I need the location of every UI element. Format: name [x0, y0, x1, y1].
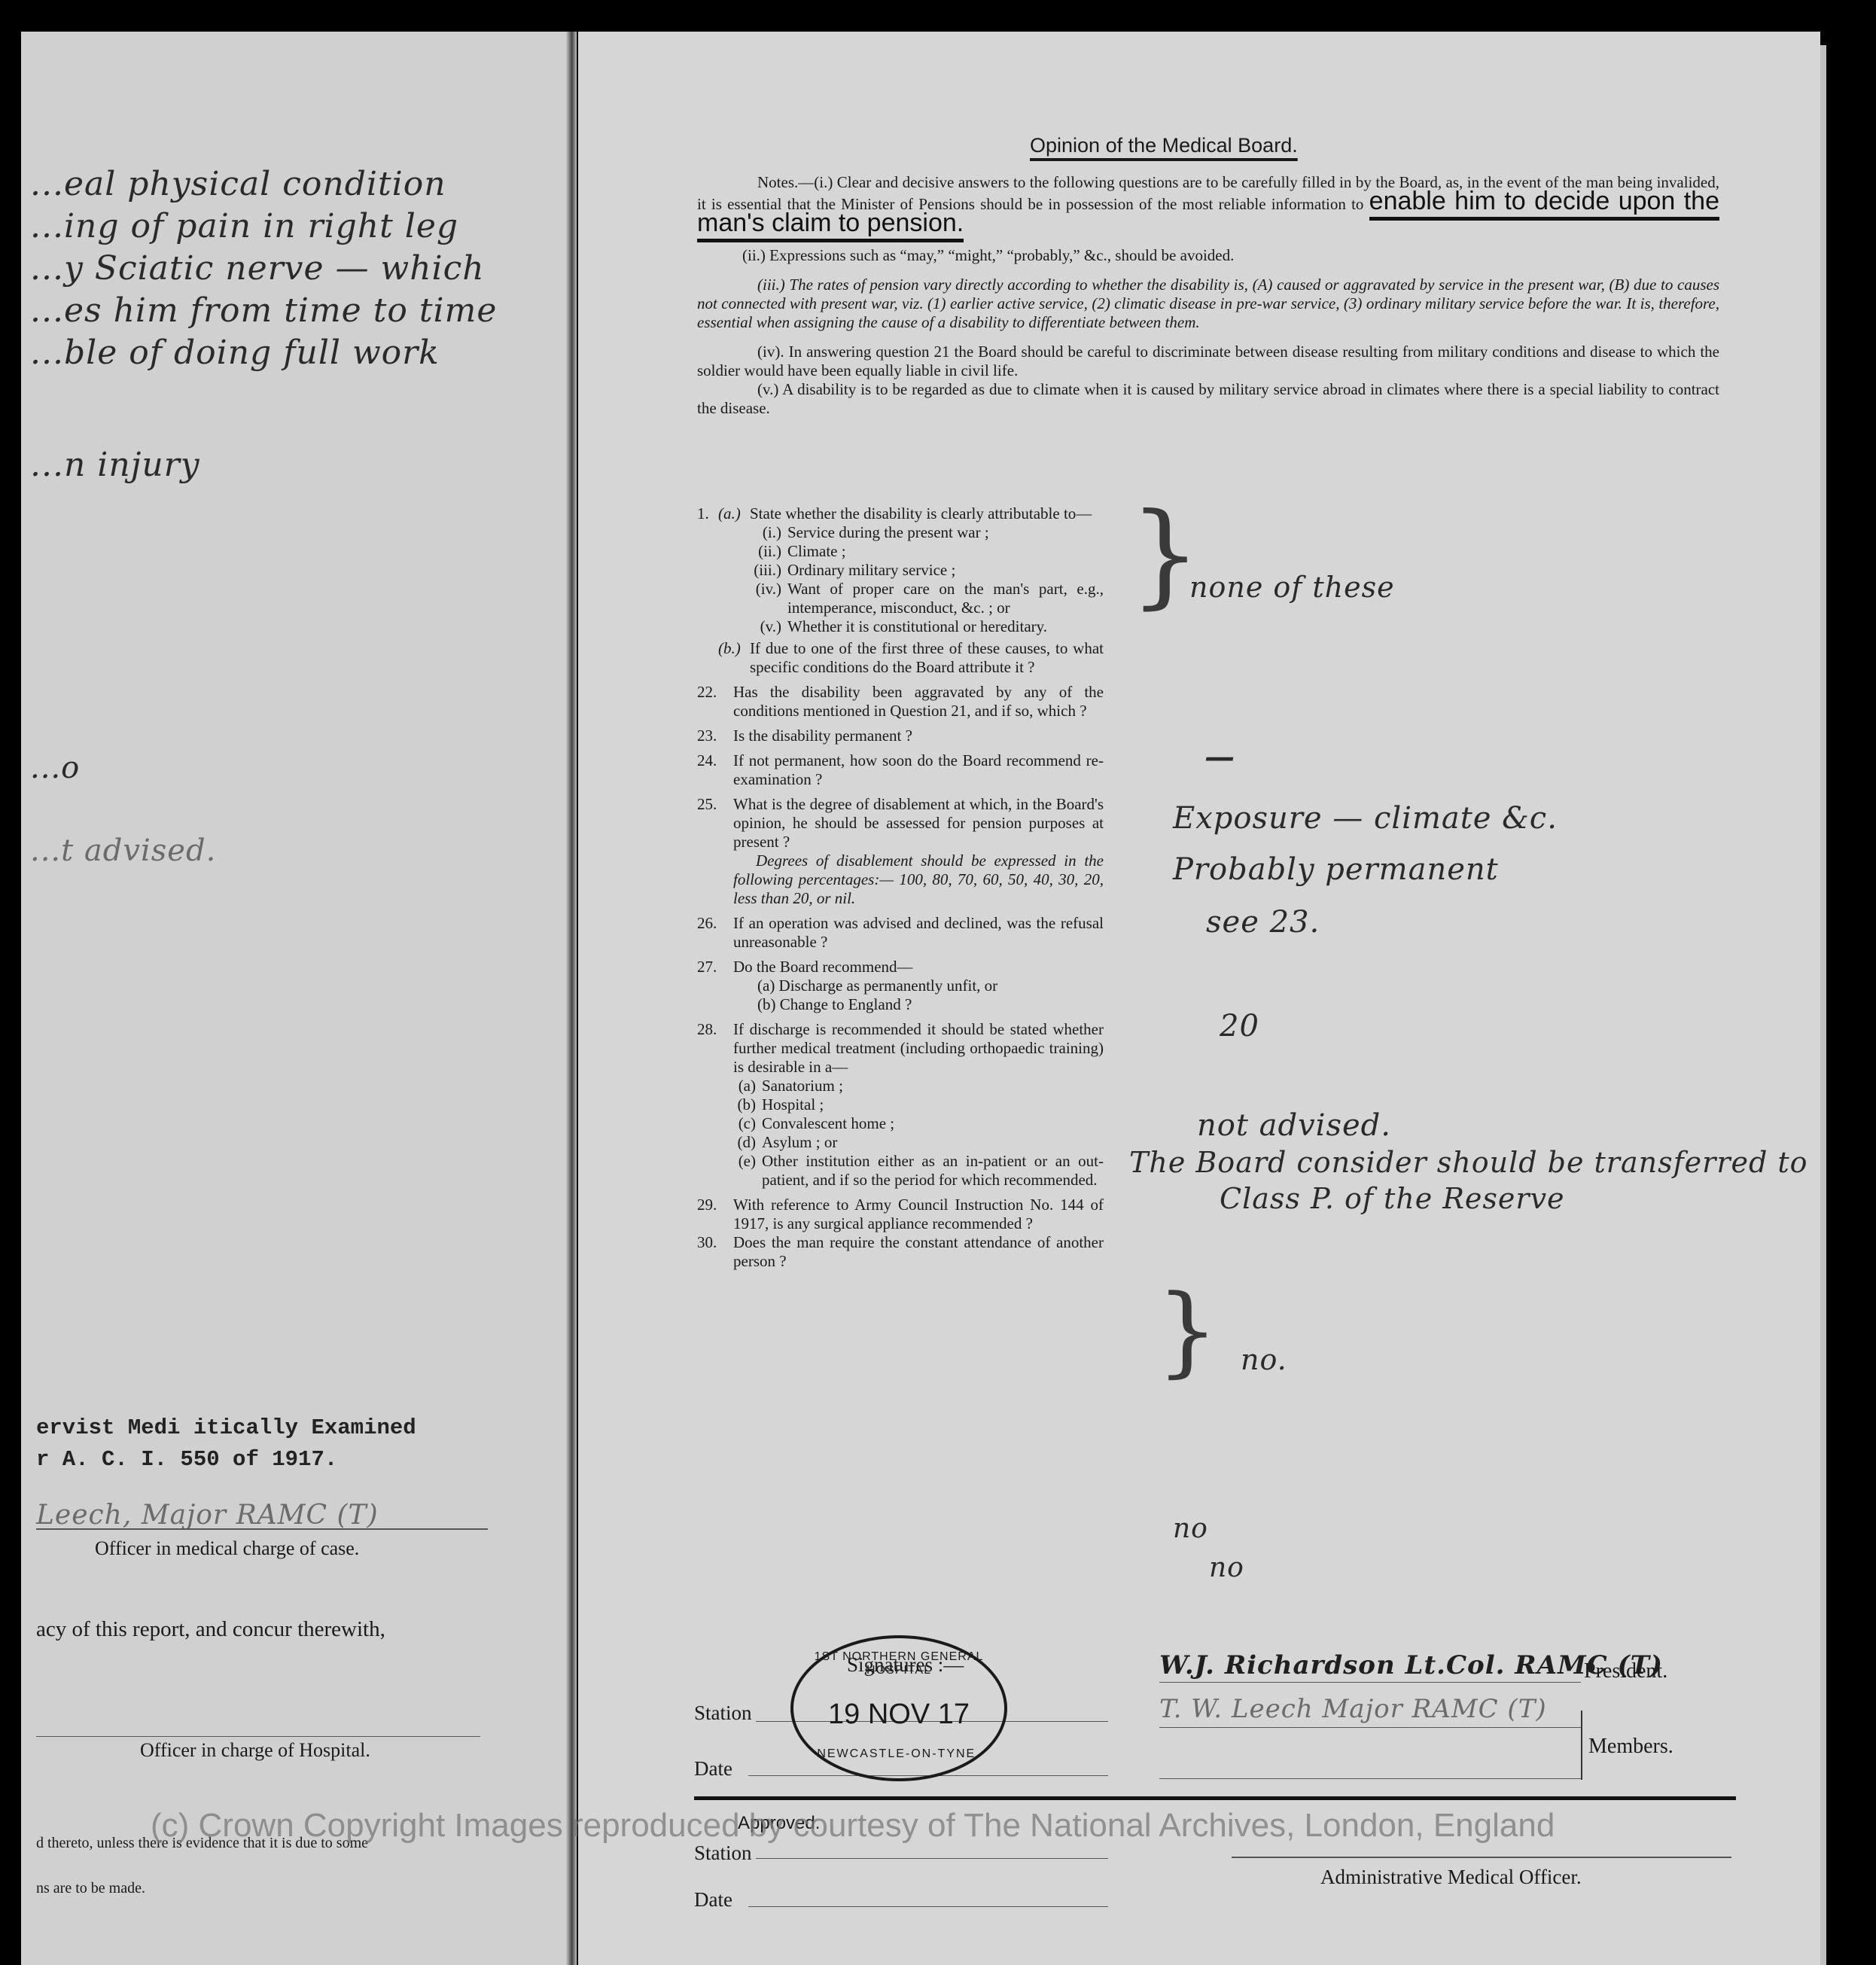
answer-27-line-2: Class P. of the Reserve: [1220, 1182, 1565, 1215]
handwritten-line: ...ing of pain in right leg: [30, 206, 497, 248]
question-25: 25. What is the degree of disablement at…: [697, 795, 1104, 908]
officer-hospital-label: Officer in charge of Hospital.: [140, 1739, 370, 1762]
book-gutter: [566, 32, 577, 1965]
note-iii: (iii.) The rates of pension vary directl…: [697, 276, 1719, 332]
notes-section: Notes.—(i.) Clear and decisive answers t…: [697, 173, 1719, 418]
approval-station-field[interactable]: [756, 1858, 1108, 1859]
member-signature-line: [1159, 1778, 1581, 1779]
station-label: Station: [694, 1701, 752, 1725]
handwritten-fragment: ...t advised.: [30, 833, 216, 868]
question-27: 27.Do the Board recommend— (a) Discharge…: [697, 958, 1104, 1014]
questions-column: 1. (a.) State whether the disability is …: [697, 504, 1104, 1271]
stamp-bottom-text: NEWCASTLE-ON-TYNE.: [793, 1747, 1004, 1761]
question-29: 29. With reference to Army Council Instr…: [697, 1196, 1104, 1233]
question-24: 24. If not permanent, how soon do the Bo…: [697, 751, 1104, 789]
page-title: Opinion of the Medical Board.: [1030, 134, 1298, 157]
handwritten-line: ...es him from time to time: [30, 290, 497, 332]
answer-21b: —: [1204, 739, 1235, 775]
date-label: Date: [694, 1757, 732, 1781]
note-i: Notes.—(i.) Clear and decisive answers t…: [697, 173, 1719, 236]
typed-aci-line: r A. C. I. 550 of 1917.: [36, 1447, 337, 1472]
handwritten-line: ...y Sciatic nerve — which: [30, 248, 497, 290]
brace-icon: }: [1156, 1281, 1219, 1379]
typed-examined-line: ervist Medi itically Examined: [36, 1415, 416, 1440]
note-ii: (ii.) Expressions such as “may,” “might,…: [697, 246, 1719, 265]
hospital-officer-line: [36, 1736, 480, 1737]
left-page: ...eal physical condition ...ing of pain…: [21, 32, 571, 1965]
question-26: 26. If an operation was advised and decl…: [697, 914, 1104, 952]
president-signature-line: [1159, 1682, 1581, 1683]
answer-22: Exposure — climate &c.: [1173, 801, 1558, 836]
approval-date-field[interactable]: [748, 1906, 1108, 1907]
section-divider: [694, 1796, 1736, 1800]
approval-date-label: Date: [694, 1888, 732, 1912]
handwritten-fragment: ...n injury: [30, 446, 200, 484]
disablement-percentages-note: Degrees of disablement should be express…: [733, 851, 1104, 908]
answer-30: no: [1209, 1552, 1244, 1583]
note-v: (v.) A disability is to be regarded as d…: [697, 380, 1719, 418]
question-22: 22. Has the disability been aggravated b…: [697, 683, 1104, 720]
question-23: 23. Is the disability permanent ?: [697, 727, 1104, 745]
administrative-officer-label: Administrative Medical Officer.: [1320, 1866, 1582, 1889]
left-handwritten-block: ...eal physical condition ...ing of pain…: [30, 163, 497, 374]
officer-signature: Leech, Major RAMC (T): [36, 1500, 379, 1531]
question-28: 28.If discharge is recommended it should…: [697, 1020, 1104, 1190]
signature-line: [36, 1528, 488, 1530]
answer-26: not advised.: [1197, 1108, 1391, 1143]
officer-case-label: Officer in medical charge of case.: [95, 1537, 359, 1560]
answer-24: see 23.: [1206, 905, 1320, 940]
president-label: President.: [1584, 1659, 1667, 1683]
copyright-watermark: (c) Crown Copyright Images reproduced by…: [151, 1807, 1555, 1845]
note-iv: (iv). In answering question 21 the Board…: [697, 343, 1719, 380]
handwritten-line: ...eal physical condition: [30, 163, 497, 206]
hospital-date-stamp: 1ST NORTHERN GENERAL HOSPITAL 19 NOV 17 …: [790, 1635, 1007, 1781]
member-signature-line: [1159, 1727, 1581, 1728]
handwritten-line: ...ble of doing full work: [30, 332, 497, 374]
member-signature: T. W. Leech Major RAMC (T): [1159, 1694, 1547, 1724]
question-21: 1. (a.) State whether the disability is …: [697, 504, 1104, 677]
administrative-signature-line: [1232, 1857, 1731, 1858]
page-edge: [1820, 45, 1826, 1965]
question-30: 30. Does the man require the constant at…: [697, 1233, 1104, 1271]
handwritten-fragment: ...o: [30, 751, 80, 785]
members-label: Members.: [1588, 1735, 1673, 1759]
members-brace: [1581, 1711, 1582, 1780]
answer-27-line-1: The Board consider should be transferred…: [1129, 1146, 1808, 1179]
right-page: Opinion of the Medical Board. Notes.—(i.…: [578, 32, 1820, 1965]
answer-28: no.: [1241, 1343, 1287, 1376]
footnote: ns are to be made.: [36, 1880, 145, 1897]
answer-25: 20: [1220, 1009, 1259, 1043]
stamp-date: 19 NOV 17: [793, 1698, 1004, 1731]
approval-station-label: Station: [694, 1842, 752, 1865]
stamp-top-text: 1ST NORTHERN GENERAL HOSPITAL: [793, 1650, 1004, 1677]
concur-text: acy of this report, and concur therewith…: [36, 1617, 385, 1642]
answer-21a: none of these: [1189, 571, 1395, 604]
answer-23: Probably permanent: [1173, 852, 1499, 887]
answer-29: no: [1173, 1513, 1208, 1544]
